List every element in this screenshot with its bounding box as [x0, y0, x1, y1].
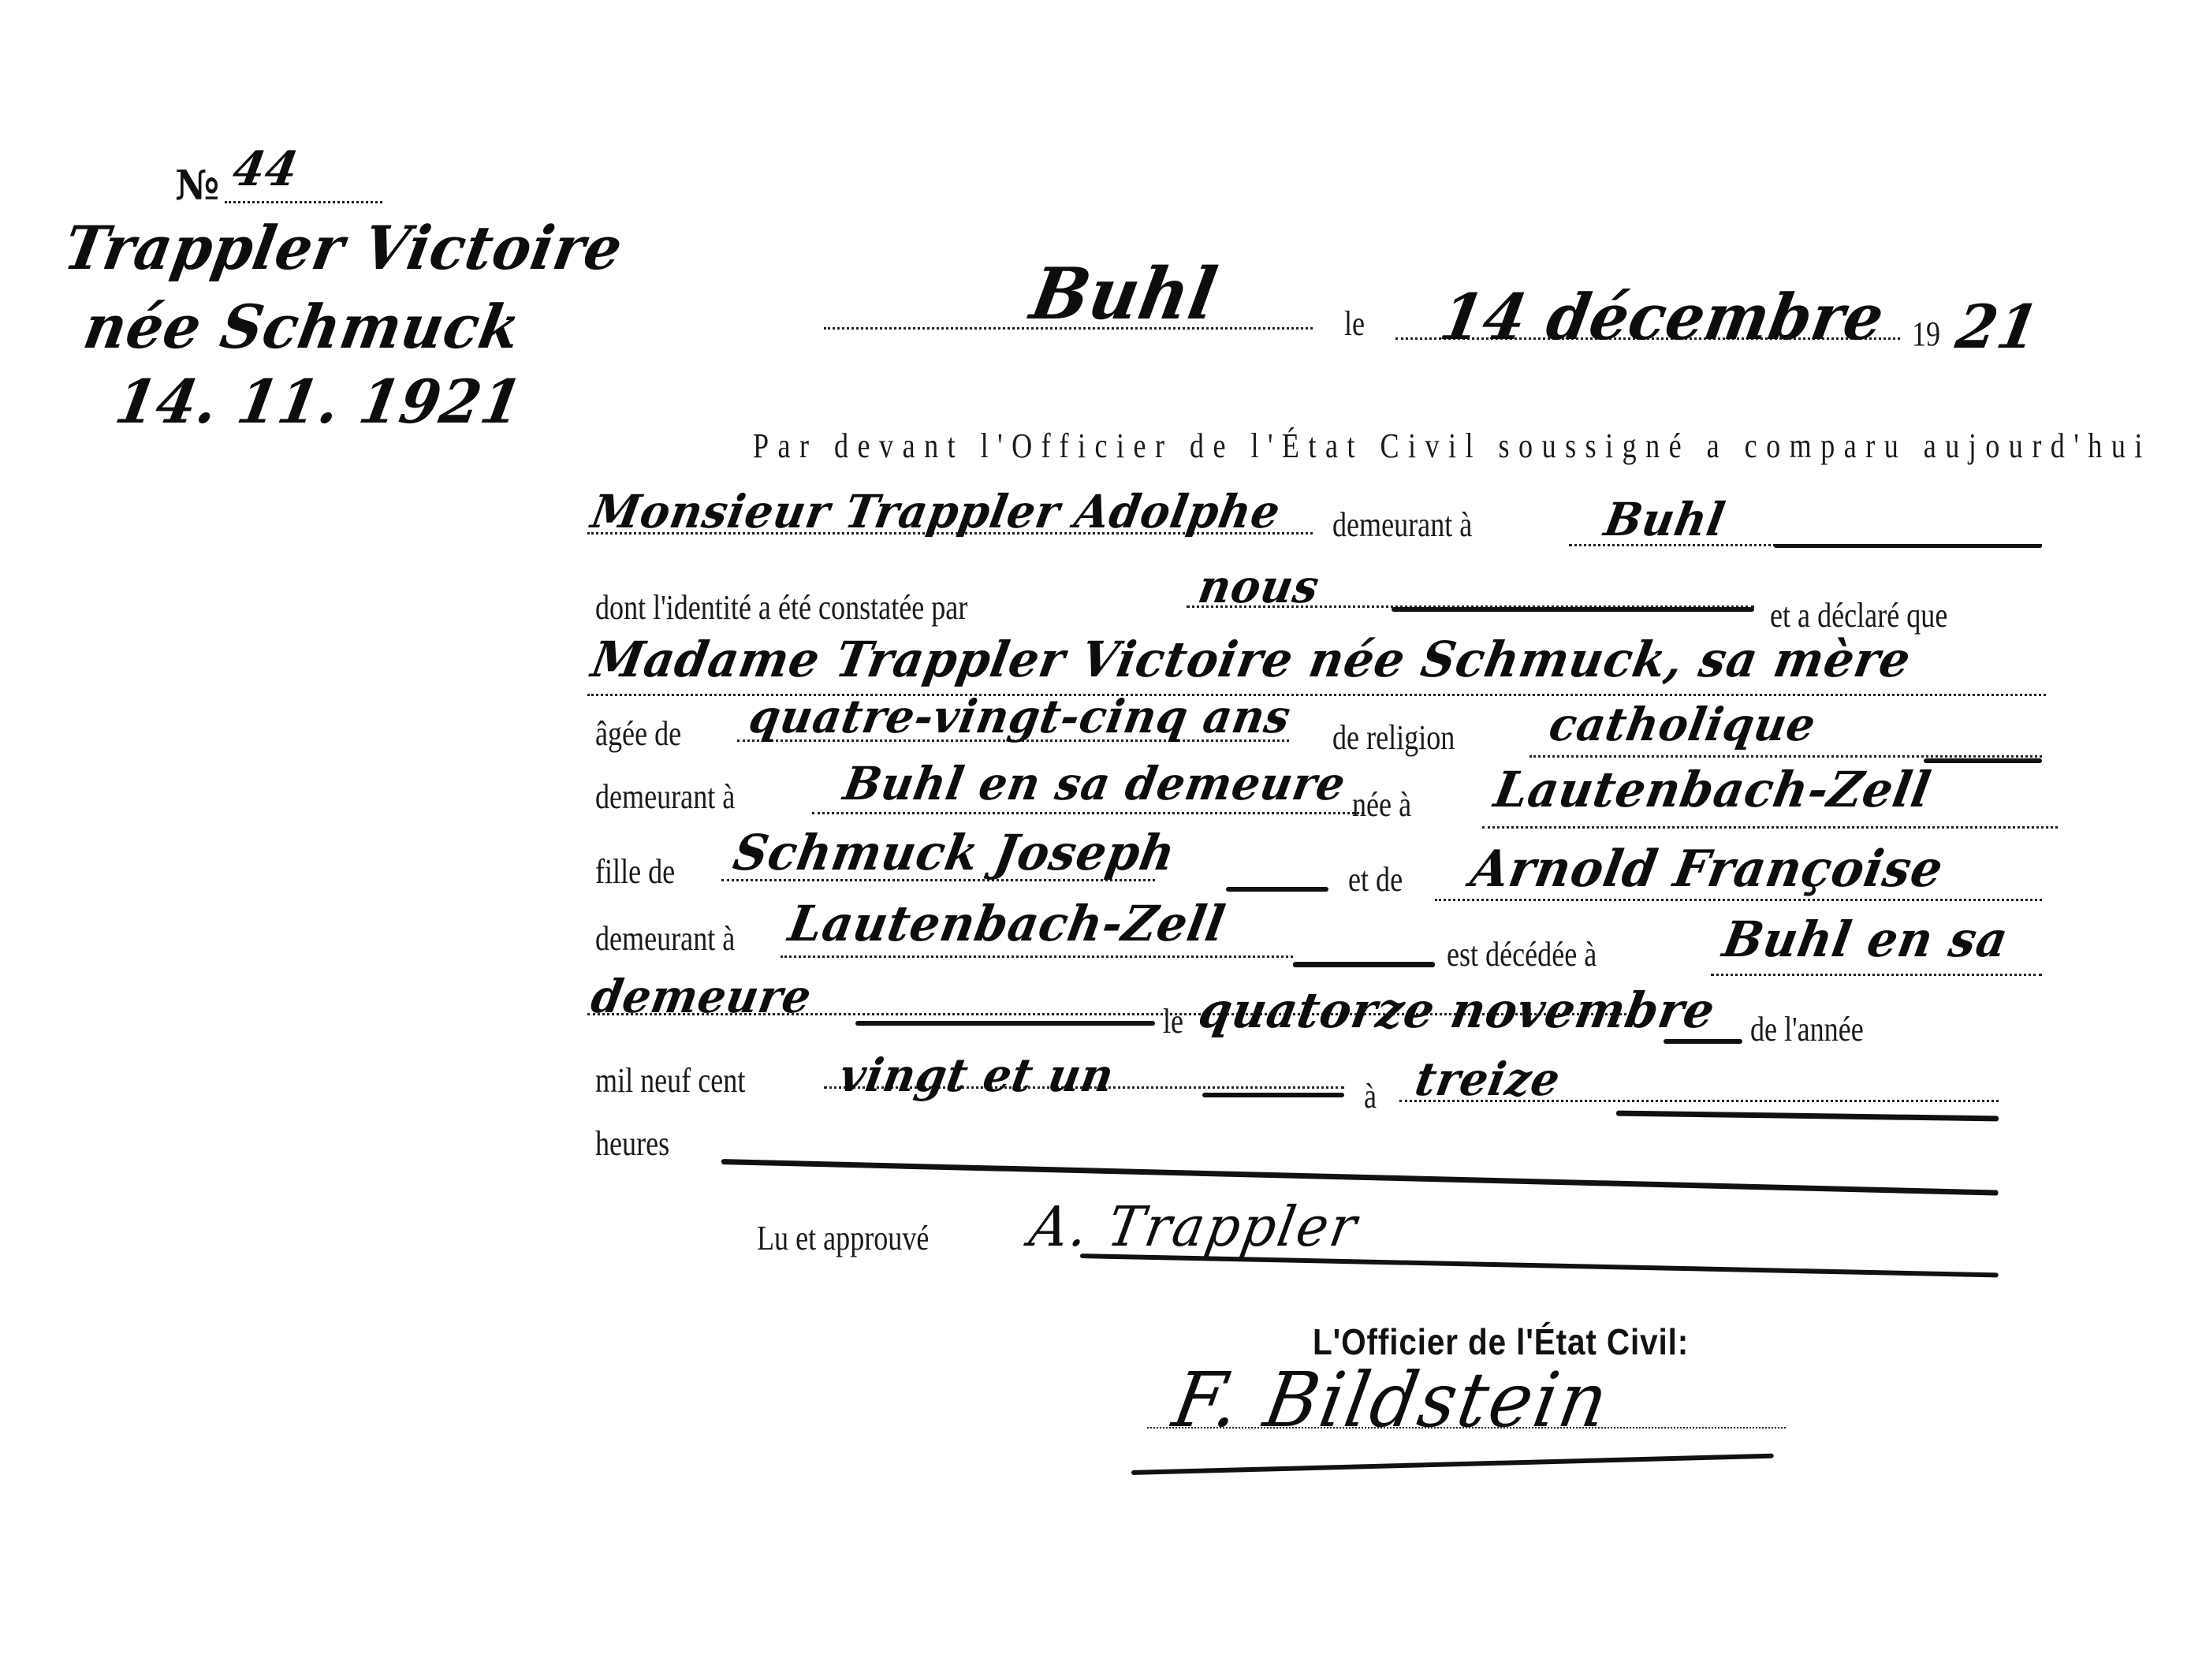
- age-label: âgée de: [595, 713, 681, 754]
- header-place: Buhl: [1025, 252, 1224, 336]
- declarant-signature: A. Trappler: [1025, 1194, 1363, 1259]
- father-name: Schmuck Joseph: [729, 824, 1180, 881]
- parents-residence: Lautenbach-Zell: [784, 895, 1230, 952]
- fill-stroke: [1293, 962, 1435, 967]
- death-le-label: le: [1163, 1001, 1183, 1041]
- numero-value: 44: [229, 142, 303, 197]
- mother-dotted-line: [1435, 899, 2042, 901]
- residence-label: demeurant à: [595, 777, 735, 817]
- fill-stroke: [855, 1021, 1155, 1026]
- religion-label: de religion: [1332, 717, 1455, 758]
- declarant-name: Monsieur Trappler Adolphe: [587, 485, 1284, 538]
- declarant-demeurant-label: demeurant à: [1332, 505, 1472, 545]
- religion-value: catholique: [1545, 698, 1820, 751]
- death-place-continued: demeure: [587, 970, 816, 1023]
- signature-stroke: [1080, 1253, 1999, 1277]
- parents-residence-label: demeurant à: [595, 918, 735, 959]
- closing-stroke: [721, 1159, 1999, 1196]
- margin-name: Trappler Victoire: [59, 213, 628, 283]
- fill-stroke: [1774, 544, 2042, 548]
- death-place: Buhl en sa: [1719, 911, 2013, 968]
- header-year-suffix: 21: [1951, 292, 2044, 362]
- annee-label: de l'année: [1750, 1009, 1864, 1049]
- hour-a-label: à: [1364, 1076, 1377, 1116]
- header-year-prefix: 19: [1912, 314, 1940, 354]
- death-place-dotted-line: [1711, 974, 2042, 976]
- body-line1: Par devant l'Officier de l'État Civil so…: [753, 426, 2152, 466]
- residence2-dotted-line: [812, 812, 1364, 814]
- death-hour-value: treize: [1411, 1052, 1565, 1106]
- identity-label: dont l'identité a été constatée par: [595, 587, 967, 628]
- declarant-residence: Buhl: [1600, 493, 1729, 546]
- mother-name: Arnold Françoise: [1466, 840, 1947, 899]
- birthplace-dotted-line: [1482, 826, 2058, 829]
- declared-label: et a déclaré que: [1770, 595, 1947, 635]
- birthplace: Lautenbach-Zell: [1490, 761, 1936, 818]
- fill-stroke: [1924, 758, 2042, 763]
- header-le: le: [1344, 304, 1365, 344]
- deceased-at-label: est décédée à: [1447, 934, 1597, 974]
- approval-label: Lu et approuvé: [757, 1218, 929, 1258]
- age-value: quatre-vingt-cinq ans: [745, 690, 1295, 743]
- fill-stroke: [1664, 1039, 1742, 1044]
- death-date: quatorze novembre: [1194, 982, 1719, 1039]
- et-de-label: et de: [1348, 859, 1403, 900]
- identity-value: nous: [1194, 560, 1324, 613]
- fill-stroke: [1226, 887, 1328, 892]
- heures-label: heures: [595, 1123, 669, 1164]
- officer-signature-stroke: [1131, 1454, 1774, 1475]
- parents-residence-dotted-line: [781, 955, 1293, 958]
- fill-stroke: [1616, 1111, 1999, 1122]
- fill-stroke: [1392, 607, 1754, 612]
- deceased-name: Madame Trappler Victoire née Schmuck, sa…: [587, 631, 1915, 688]
- deceased-residence: Buhl en sa demeure: [840, 757, 1350, 810]
- death-year-value: vingt et un: [836, 1049, 1118, 1102]
- header-date: 14 décembre: [1435, 280, 1890, 354]
- fille-label: fille de: [595, 851, 675, 892]
- officer-signature: F. Bildstein: [1167, 1356, 1616, 1444]
- margin-date: 14. 11. 1921: [110, 367, 528, 437]
- born-label: née à: [1352, 784, 1411, 825]
- year-label: mil neuf cent: [595, 1060, 745, 1101]
- religion-dotted-line: [1529, 755, 2042, 758]
- numero-label: №: [175, 162, 220, 210]
- numero-dotted-line: [225, 201, 382, 203]
- margin-nee: née Schmuck: [79, 292, 526, 362]
- fill-stroke: [1202, 1093, 1344, 1097]
